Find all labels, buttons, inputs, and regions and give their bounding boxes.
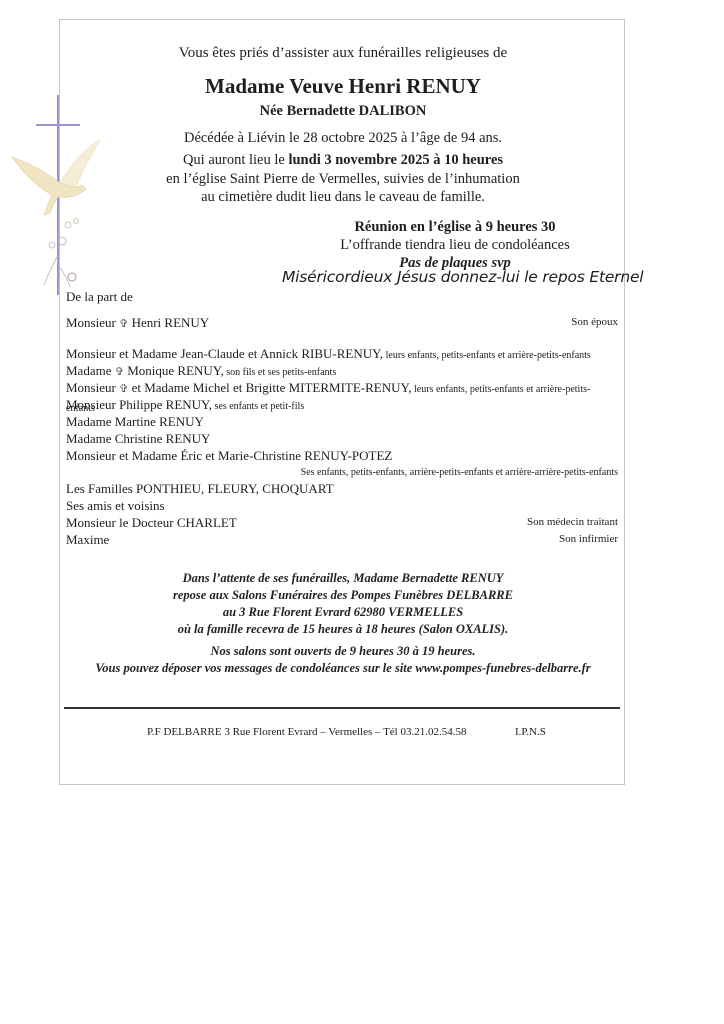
- funeral-home-contact: P.F DELBARRE 3 Rue Florent Evrard – Verm…: [147, 726, 467, 738]
- family-row: Monsieur et Madame Éric et Marie-Christi…: [66, 447, 618, 464]
- prayer-line: Miséricordieux Jésus donnez-lui le repos…: [282, 268, 622, 286]
- ceremony-details: Qui auront lieu le lundi 3 novembre 2025…: [0, 151, 686, 207]
- family-row: Monsieur et Madame Jean-Claude et Annick…: [66, 345, 618, 362]
- from-label: De la part de: [66, 289, 133, 305]
- descendants-row: Ses enfants, petits-enfants, arrière-pet…: [66, 464, 618, 481]
- family-row: Maxime Son infirmier: [66, 531, 618, 548]
- ceremony-date: lundi 3 novembre 2025 à 10 heures: [288, 152, 503, 168]
- condolences-website-note: Vous pouvez déposer vos messages de cond…: [0, 660, 686, 677]
- others-section: Les Familles PONTHIEU, FLEURY, CHOQUART …: [66, 480, 618, 548]
- salon-hours-info: Nos salons sont ouverts de 9 heures 30 à…: [0, 643, 686, 677]
- relation-label: Son médecin traitant: [527, 514, 618, 531]
- family-row: Monsieur ✞ et Madame Michel et Brigitte …: [66, 379, 618, 396]
- spouse-row: Monsieur ✞ Henri RENUY Son époux: [66, 314, 618, 331]
- reunion-note: Réunion en l’église à 9 heures 30: [290, 218, 620, 236]
- footer-divider: [64, 707, 620, 709]
- cross-icon: ✞: [115, 365, 124, 378]
- family-row: Madame ✞ Monique RENUY, son fils et ses …: [66, 362, 618, 379]
- offering-note: L’offrande tiendra lieu de condoléances: [290, 236, 620, 254]
- maiden-name: Née Bernadette DALIBON: [0, 103, 686, 120]
- family-row: Madame Martine RENUY: [66, 413, 618, 430]
- ceremony-line-3: au cimetière dudit lieu dans le caveau d…: [0, 188, 686, 207]
- salon-hours: Nos salons sont ouverts de 9 heures 30 à…: [0, 643, 686, 660]
- cross-icon: ✞: [119, 317, 128, 330]
- relation-label: Son époux: [571, 314, 618, 331]
- ceremony-line-1: Qui auront lieu le lundi 3 novembre 2025…: [0, 151, 686, 170]
- cross-icon: ✞: [119, 382, 128, 395]
- deceased-name-title: Madame Veuve Henri RENUY: [0, 74, 686, 99]
- visitation-info: Dans l’attente de ses funérailles, Madam…: [0, 570, 686, 638]
- relation-label: Son infirmier: [559, 531, 618, 548]
- printer-mark: I.P.N.S: [515, 726, 546, 738]
- ceremony-line-2: en l’église Saint Pierre de Vermelles, s…: [0, 170, 686, 189]
- family-row: Monsieur le Docteur CHARLET Son médecin …: [66, 514, 618, 531]
- family-row: Ses amis et voisins: [66, 497, 618, 514]
- invitation-intro: Vous êtes priés d’assister aux funéraill…: [0, 45, 686, 62]
- family-row: Madame Christine RENUY: [66, 430, 618, 447]
- children-section: Monsieur et Madame Jean-Claude et Annick…: [66, 345, 618, 481]
- family-row: Monsieur Philippe RENUY, ses enfants et …: [66, 396, 618, 413]
- ceremony-notes: Réunion en l’église à 9 heures 30 L’offr…: [290, 218, 620, 272]
- family-row: Les Familles PONTHIEU, FLEURY, CHOQUART: [66, 480, 618, 497]
- spouse-section: Monsieur ✞ Henri RENUY Son époux: [66, 314, 618, 331]
- death-notice: Décédée à Liévin le 28 octobre 2025 à l’…: [0, 130, 686, 147]
